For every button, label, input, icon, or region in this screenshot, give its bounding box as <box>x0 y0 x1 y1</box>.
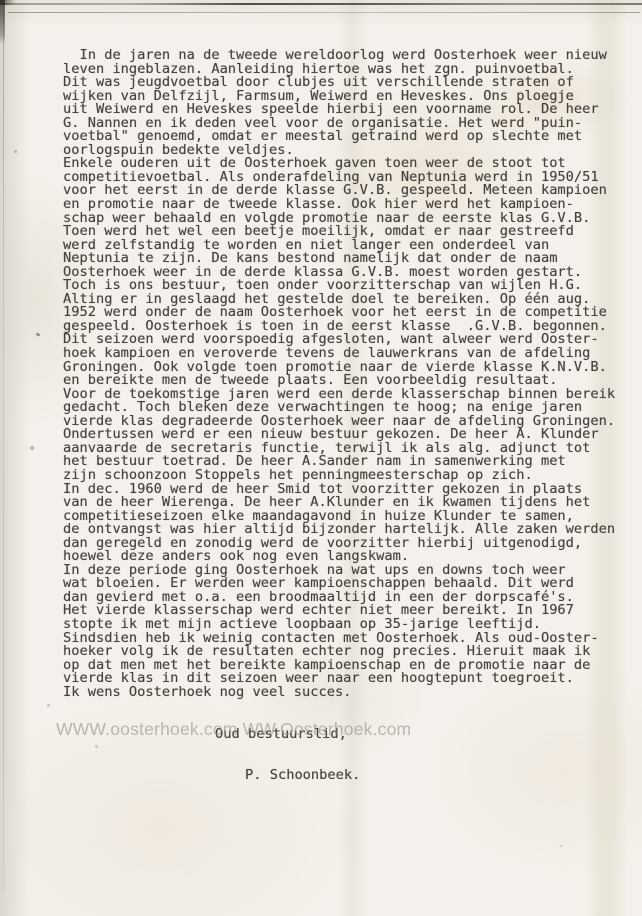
scan-top-edge-line <box>0 3 642 5</box>
scan-left-edge-line <box>3 13 4 893</box>
watermark-text: WWW.oosterhoek.com WW.Oosterhoek.com <box>56 719 411 740</box>
paper-speck <box>36 332 41 336</box>
scanned-letter-page: In de jaren na de tweede wereldoorlog we… <box>0 0 642 916</box>
scan-corner-mark <box>0 0 5 44</box>
scan-corner-mark <box>0 0 16 5</box>
signature-block: Oud bestuurslid, P. Schoonbeek. <box>215 701 360 809</box>
letter-body-text: In de jaren na de tweede wereldoorlog we… <box>63 49 615 699</box>
paper-speck <box>47 704 50 707</box>
paper-speck <box>14 150 17 153</box>
paper-speck <box>560 845 563 847</box>
scan-top-inner-line <box>8 12 640 13</box>
signature-name-line: P. Schoonbeek. <box>245 769 360 783</box>
paper-speck <box>30 446 34 450</box>
paper-speck <box>95 745 98 748</box>
